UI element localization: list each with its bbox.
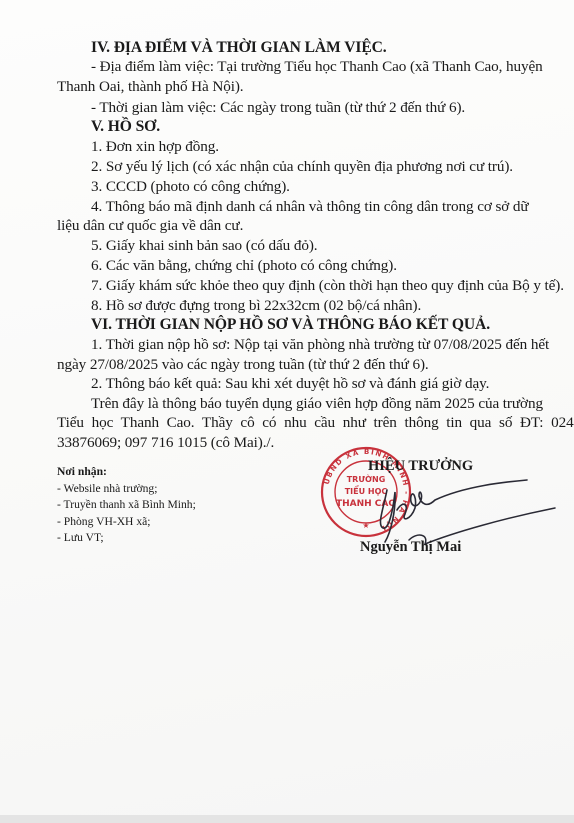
submission-time-line2: ngày 27/08/2025 vào các ngày trong tuần …: [57, 355, 429, 374]
handwritten-signature-icon: [365, 470, 565, 550]
document-item: 8. Hồ sơ được đựng trong bì 22x32cm (02 …: [91, 296, 421, 315]
document-item: 1. Đơn xin hợp đồng.: [91, 137, 219, 156]
work-time: - Thời gian làm việc: Các ngày trong tuầ…: [91, 98, 465, 117]
document-item: 3. CCCD (photo có công chứng).: [91, 177, 290, 196]
section-vi-heading: VI. THỜI GIAN NỘP HỒ SƠ VÀ THÔNG BÁO KẾT…: [91, 315, 490, 334]
signature-block: UBND XÃ BÌNH MINH - HÀ NỘI TRƯỜNG TIỂU H…: [320, 450, 574, 570]
closing-line3: 33876069; 097 716 1015 (cô Mai)./.: [57, 433, 274, 452]
submission-time-line1: 1. Thời gian nộp hồ sơ: Nộp tại văn phòn…: [91, 335, 549, 354]
work-location-line2: Thanh Oai, thành phố Hà Nội).: [57, 77, 243, 96]
document-item: 2. Sơ yếu lý lịch (có xác nhận của chính…: [91, 157, 513, 176]
document-page: IV. ĐỊA ĐIỂM VÀ THỜI GIAN LÀM VIỆC. - Đị…: [0, 0, 574, 815]
work-location-line1: - Địa điểm làm việc: Tại trường Tiểu học…: [91, 57, 543, 76]
closing-line2: Tiểu học Thanh Cao. Thầy cô có nhu cầu n…: [57, 413, 574, 432]
result-notice: 2. Thông báo kết quả: Sau khi xét duyệt …: [91, 374, 489, 393]
recipient-item: - Lưu VT;: [57, 530, 196, 547]
section-iv-heading: IV. ĐỊA ĐIỂM VÀ THỜI GIAN LÀM VIỆC.: [91, 38, 387, 57]
document-item: 5. Giấy khai sinh bản sao (có dấu đỏ).: [91, 236, 318, 255]
section-v-heading: V. HỒ SƠ.: [91, 117, 160, 136]
closing-line1: Trên đây là thông báo tuyển dụng giáo vi…: [91, 394, 543, 413]
recipient-item: - Truyền thanh xã Bình Minh;: [57, 497, 196, 514]
document-item: 6. Các văn bằng, chứng chỉ (photo có côn…: [91, 256, 397, 275]
page-bottom-edge: [0, 815, 574, 823]
document-item: 7. Giấy khám sức khỏe theo quy định (còn…: [91, 276, 564, 295]
recipient-item: - Websile nhà trường;: [57, 481, 196, 498]
document-item: 4. Thông báo mã định danh cá nhân và thô…: [91, 197, 529, 216]
principal-name: Nguyễn Thị Mai: [360, 539, 461, 556]
recipients-title: Nơi nhận:: [57, 464, 196, 481]
recipient-item: - Phòng VH-XH xã;: [57, 514, 196, 531]
recipients-block: Nơi nhận: - Websile nhà trường; - Truyền…: [57, 464, 196, 547]
document-item-continued: liệu dân cư quốc gia về dân cư.: [57, 216, 243, 235]
